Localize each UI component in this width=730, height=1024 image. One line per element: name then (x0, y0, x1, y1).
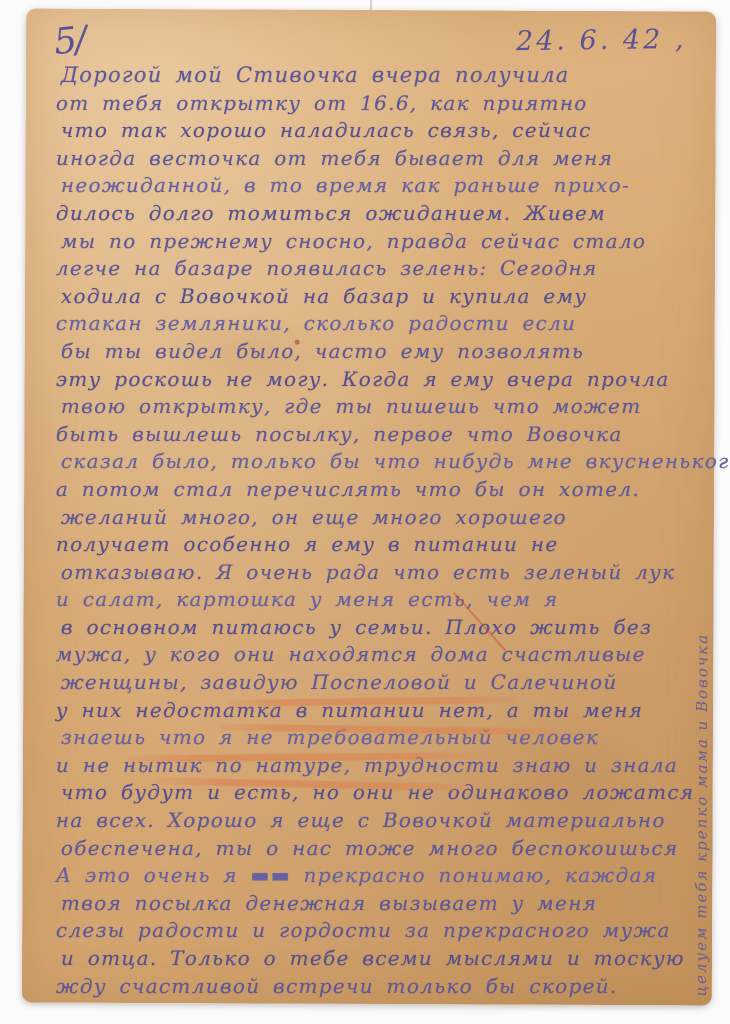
letter-line: жду счастливой встречи только бы скорей. (56, 973, 724, 1001)
letter-line: А это очень я ▬▬ прекрасно понимаю, кажд… (56, 862, 724, 890)
letter-line: женщины, завидую Поспеловой и Салечиной (56, 669, 724, 697)
letter-line: а потом стал перечислять что бы он хотел… (56, 476, 724, 504)
postcard-scan: 5/ 24. 6. 42 , Дорогой мой Стивочка вчер… (22, 8, 716, 1005)
letter-line: бы ты видел было, часто ему позволять (56, 338, 724, 366)
letter-line: твоя посылка денежная вызывает у меня (56, 890, 724, 918)
letter-line: ходила с Вовочкой на базар и купила ему (56, 283, 724, 311)
letter-line: сказал было, только бы что нибудь мне вк… (56, 448, 724, 476)
letter-line: мы по прежнему сносно, правда сейчас ста… (56, 228, 724, 256)
letter-line: мужа, у кого они находятся дома счастлив… (56, 641, 724, 669)
letter-line: и салат, картошка у меня есть, чем я (56, 586, 724, 614)
letter-line: что так хорошо наладилась связь, сейчас (56, 117, 724, 145)
letter-line: получает особенно я ему в питании не (56, 531, 724, 559)
letter-line: неожиданной, в то время как раньше прихо… (56, 172, 724, 200)
letter-line: твою открытку, где ты пишешь что может (56, 393, 724, 421)
letter-line: в основном питаюсь у семьи. Плохо жить б… (56, 614, 724, 642)
letter-line: слезы радости и гордости за прекрасного … (56, 917, 724, 945)
letter-line: отказываю. Я очень рада что есть зеленый… (56, 559, 724, 587)
letter-line: желаний много, он еще много хорошего (56, 504, 724, 532)
letter-line: дилось долго томиться ожиданием. Живем (56, 200, 724, 228)
letter-line: легче на базаре появилась зелень: Сегодн… (56, 255, 724, 283)
letter-line: стакан земляники, сколько радости если (56, 310, 724, 338)
letter-line: иногда весточка от тебя бывает для меня (56, 145, 724, 173)
letter-line: и отца. Только о тебе всеми мыслями и то… (56, 945, 724, 973)
letter-body: Дорогой мой Стивочка вчера получилаот те… (24, 62, 724, 1000)
letter-line: быть вышлешь посылку, первое что Вовочка (56, 421, 724, 449)
letter-line: Дорогой мой Стивочка вчера получила (56, 62, 724, 90)
letter-line: обеспечена, ты о нас тоже много беспокои… (56, 835, 724, 863)
page-number: 5/ (52, 19, 87, 63)
letter-line: эту роскошь не могу. Когда я ему вчера п… (56, 366, 724, 394)
letter-line: от тебя открытку от 16.6, как приятно (56, 90, 724, 118)
letter-line: на всех. Хорошо я еще с Вовочкой материа… (56, 807, 724, 835)
letter-date: 24. 6. 42 , (515, 24, 686, 57)
